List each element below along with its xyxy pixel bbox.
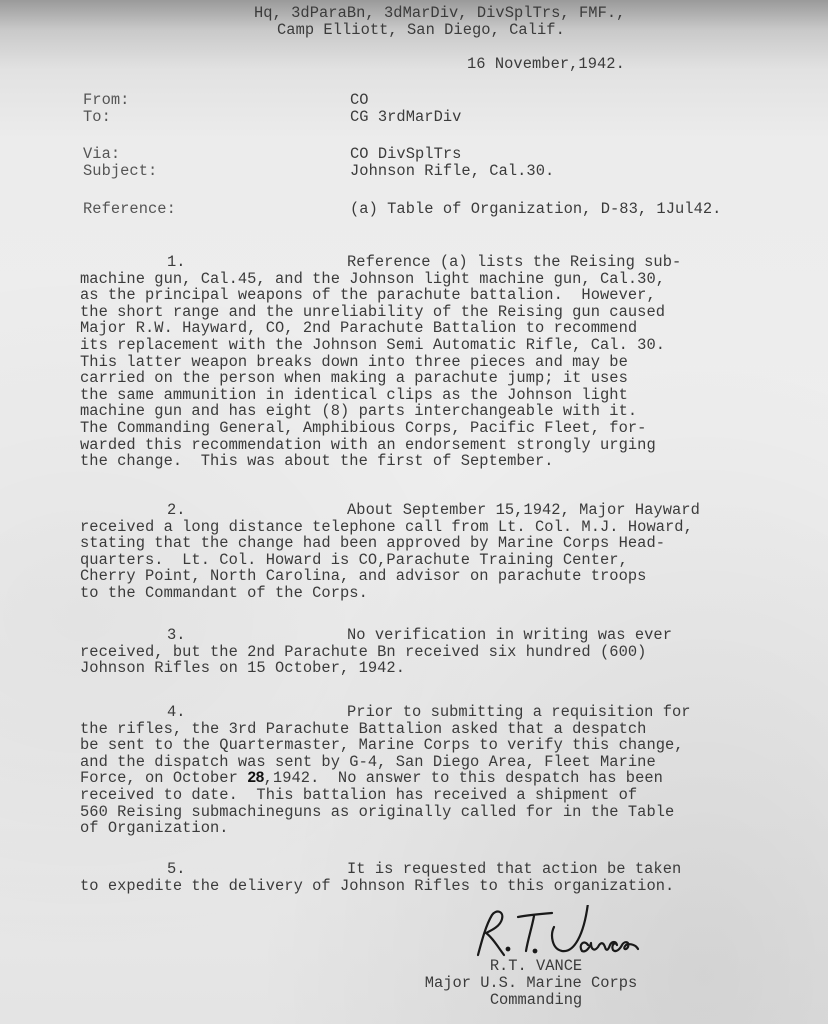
paragraph-number: 5. (167, 861, 186, 878)
paragraph-line: machine gun and has eight (8) parts inte… (80, 403, 637, 420)
paragraph-line: to the Commandant of the Corps. (80, 585, 368, 602)
paragraph-line: the same ammunition in identical clips a… (80, 387, 628, 404)
paragraph-first-line: About September 15,1942, Major Hayward (347, 502, 700, 519)
to-value: CG 3rdMarDiv (350, 109, 461, 126)
reference-value: (a) Table of Organization, D-83, 1Jul42. (350, 201, 721, 218)
paragraph-line: Johnson Rifles on 15 October, 1942. (80, 660, 405, 677)
handwritten-signature (470, 905, 655, 965)
paragraph-line: the short range and the unreliability of… (80, 304, 665, 321)
subject-label: Subject: (83, 163, 157, 180)
paragraph-first-line: Prior to submitting a requisition for (347, 704, 691, 721)
paragraph-line: machine gun, Cal.45, and the Johnson lig… (80, 271, 665, 288)
paragraph-first-line: Reference (a) lists the Reising sub- (347, 254, 681, 271)
paragraph-number: 3. (167, 627, 186, 644)
signer-rank: Major U.S. Marine Corps (396, 975, 666, 992)
paragraph-line: Cherry Point, North Carolina, and adviso… (80, 568, 646, 585)
from-label: From: (83, 92, 129, 109)
from-value: CO (350, 92, 369, 109)
paragraph-line: Force, on October 28,1942. No answer to … (80, 770, 663, 787)
paragraph-line: stating that the change had been approve… (80, 535, 665, 552)
paragraph-line: This latter weapon breaks down into thre… (80, 354, 628, 371)
paragraph-number: 4. (167, 704, 186, 721)
paragraph-line: warded this recommendation with an endor… (80, 437, 656, 454)
paragraph-line: its replacement with the Johnson Semi Au… (80, 337, 665, 354)
signer-name: R.T. VANCE (476, 958, 596, 975)
paragraph-number: 2. (167, 502, 186, 519)
via-value: CO DivSplTrs (350, 146, 461, 163)
paragraph-line: be sent to the Quartermaster, Marine Cor… (80, 737, 684, 754)
paragraph-line: as the principal weapons of the parachut… (80, 287, 656, 304)
paragraph-line: the change. This was about the first of … (80, 453, 554, 470)
paragraph-line: received to date. This battalion has rec… (80, 787, 637, 804)
to-label: To: (83, 109, 111, 126)
via-label: Via: (83, 146, 120, 163)
paragraph-line: 560 Reising submachineguns as originally… (80, 804, 674, 821)
paragraph-first-line: It is requested that action be taken (347, 861, 681, 878)
paragraph-line: of Organization. (80, 820, 229, 837)
paragraph-line: quarters. Lt. Col. Howard is CO,Parachut… (80, 552, 628, 569)
paragraph-line: received, but the 2nd Parachute Bn recei… (80, 644, 646, 661)
paragraph-line: Major R.W. Hayward, CO, 2nd Parachute Ba… (80, 320, 637, 337)
paragraph-line: and the dispatch was sent by G-4, San Di… (80, 754, 656, 771)
paragraph-line: the rifles, the 3rd Parachute Battalion … (80, 721, 646, 738)
paragraph-first-line: No verification in writing was ever (347, 627, 672, 644)
paragraph-line: received a long distance telephone call … (80, 519, 693, 536)
signer-title: Commanding (466, 992, 606, 1009)
overstruck-date: 28 (247, 769, 263, 787)
paragraph-line: to expedite the delivery of Johnson Rifl… (80, 878, 674, 895)
letterhead-line-1: Hq, 3dParaBn, 3dMarDiv, DivSplTrs, FMF., (254, 5, 625, 22)
reference-label: Reference: (83, 201, 176, 218)
letter-date: 16 November,1942. (467, 56, 625, 73)
letterhead-line-2: Camp Elliott, San Diego, Calif. (277, 22, 565, 39)
subject-value: Johnson Rifle, Cal.30. (350, 163, 554, 180)
paragraph-line: The Commanding General, Amphibious Corps… (80, 420, 646, 437)
paragraph-line: carried on the person when making a para… (80, 370, 628, 387)
paragraph-number: 1. (167, 254, 186, 271)
